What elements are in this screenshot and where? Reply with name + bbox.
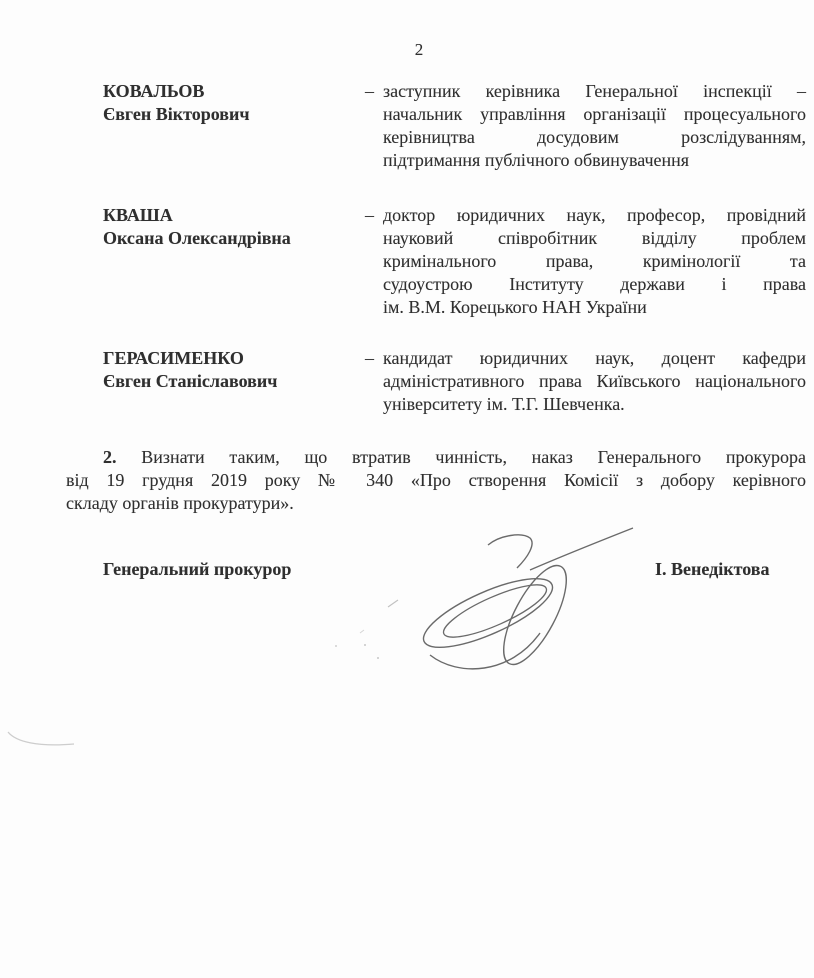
- entry-dash: –: [365, 80, 383, 103]
- paragraph-line-text: Визнати таким, що втратив чинність, нака…: [141, 447, 806, 467]
- entry-surname: ГЕРАСИМЕНКО: [103, 347, 365, 370]
- description-line: ім. В.М. Корецького НАН України: [383, 296, 806, 319]
- description-line: судоустрою Інституту держави і права: [383, 273, 806, 296]
- paragraph-line: від 19 грудня 2019 року № 340 «Про створ…: [66, 469, 806, 492]
- description-line: кримінального права, кримінології та: [383, 250, 806, 273]
- paragraph: 2. Визнати таким, що втратив чинність, н…: [66, 446, 806, 515]
- entry-given-name: Євген Станіславович: [103, 370, 365, 393]
- entry-name: КВАША Оксана Олександрівна: [103, 204, 365, 250]
- entry-dash: –: [365, 204, 383, 227]
- paragraph-number: 2.: [103, 447, 117, 467]
- signature-name: І. Венедіктова: [655, 558, 769, 581]
- page-number: 2: [415, 40, 424, 60]
- entry-name: КОВАЛЬОВ Євген Вікторович: [103, 80, 365, 126]
- description-line: кандидат юридичних наук, доцент кафедри: [383, 347, 806, 370]
- entry-given-name: Оксана Олександрівна: [103, 227, 365, 250]
- description-line: підтримання публічного обвинувачення: [383, 149, 806, 172]
- description-line: начальник управління організації процесу…: [383, 103, 806, 126]
- paragraph-line: складу органів прокуратури».: [66, 492, 806, 515]
- entry-row-kovalov: КОВАЛЬОВ Євген Вікторович – заступник ке…: [103, 80, 806, 172]
- description-line: доктор юридичних наук, професор, провідн…: [383, 204, 806, 227]
- paragraph-line: 2. Визнати таким, що втратив чинність, н…: [66, 446, 806, 469]
- entry-surname: КВАША: [103, 204, 365, 227]
- entry-given-name: Євген Вікторович: [103, 103, 365, 126]
- description-line: університету ім. Т.Г. Шевченка.: [383, 393, 806, 416]
- entry-name: ГЕРАСИМЕНКО Євген Станіславович: [103, 347, 365, 393]
- stray-pen-mark: [0, 722, 100, 756]
- description-line: адміністративного права Київського націо…: [383, 370, 806, 393]
- entry-surname: КОВАЛЬОВ: [103, 80, 365, 103]
- entry-description: кандидат юридичних наук, доцент кафедри …: [383, 347, 806, 416]
- signature-title: Генеральний прокурор: [103, 558, 291, 581]
- description-line: заступник керівника Генеральної інспекці…: [383, 80, 806, 103]
- entry-description: доктор юридичних наук, професор, провідн…: [383, 204, 806, 319]
- description-line: науковий співробітник відділу проблем: [383, 227, 806, 250]
- entry-dash: –: [365, 347, 383, 370]
- entry-row-kvasha: КВАША Оксана Олександрівна – доктор юрид…: [103, 204, 806, 319]
- entry-row-herasymenko: ГЕРАСИМЕНКО Євген Станіславович – кандид…: [103, 347, 806, 416]
- description-line: керівництва досудовим розслідуванням,: [383, 126, 806, 149]
- entry-description: заступник керівника Генеральної інспекці…: [383, 80, 806, 172]
- document-page: 2 КОВАЛЬОВ Євген Вікторович – заступник …: [0, 0, 814, 978]
- signature-scrawl: [330, 515, 640, 680]
